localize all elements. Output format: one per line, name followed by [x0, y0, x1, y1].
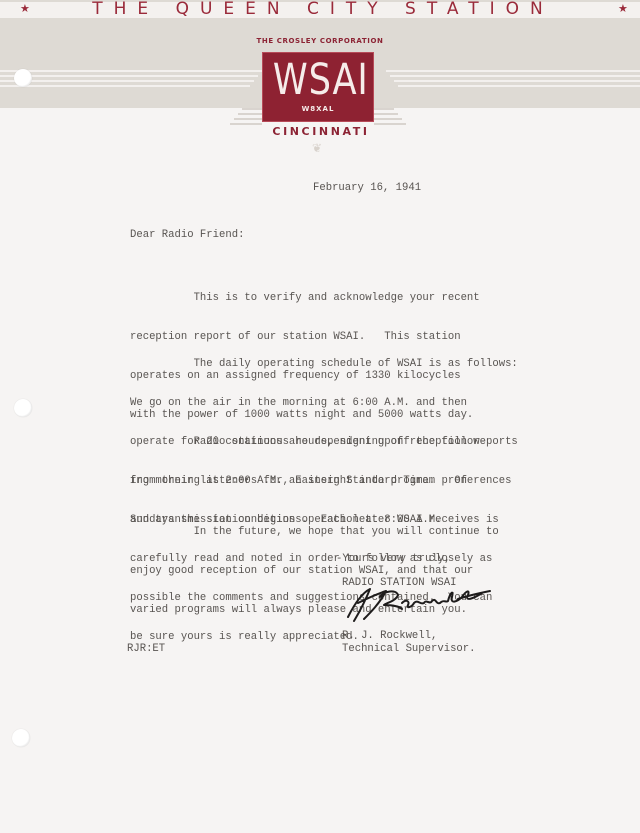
station-logo: WSAI W8XAL — [262, 52, 374, 122]
salutation: Dear Radio Friend: — [130, 229, 244, 242]
letter-date: February 16, 1941 — [313, 182, 421, 195]
paragraph-line: This is to verify and acknowledge your r… — [130, 292, 480, 305]
letter-page: THE QUEEN CITY STATION ★ ★ THE CROSLEY C… — [0, 0, 640, 833]
paragraph-line: In the future, we hope that you will con… — [130, 526, 499, 539]
star-icon: ★ — [20, 2, 30, 16]
closing: -Yours very truly, — [336, 553, 450, 566]
paragraph-line: We go on the air in the morning at 6:00 … — [130, 397, 518, 410]
paragraph-line: Radio stations are dependent upon recept… — [130, 436, 518, 449]
reference-initials: RJR:ET — [127, 643, 165, 656]
punch-hole — [12, 729, 30, 747]
signer-name: R. J. Rockwell, — [342, 630, 437, 643]
star-icon: ★ — [618, 2, 628, 16]
decorative-stripes-right — [380, 70, 640, 100]
decorative-stripes-left — [0, 70, 262, 100]
punch-hole — [14, 69, 32, 87]
paragraph-line: from their listeners for an insight into… — [130, 475, 518, 488]
ornament-icon: ❦ — [306, 140, 328, 156]
corporation-name: THE CROSLEY CORPORATION — [0, 37, 640, 45]
punch-hole — [14, 399, 32, 417]
city-name: CINCINNATI — [0, 125, 640, 138]
signature — [340, 583, 500, 623]
logo-sub-call-sign: W8XAL — [263, 105, 373, 113]
signer-title: Technical Supervisor. — [342, 643, 476, 656]
banner-title: THE QUEEN CITY STATION — [0, 0, 640, 20]
logo-call-sign: WSAI — [273, 55, 363, 105]
paragraph-line: The daily operating schedule of WSAI is … — [130, 358, 518, 371]
